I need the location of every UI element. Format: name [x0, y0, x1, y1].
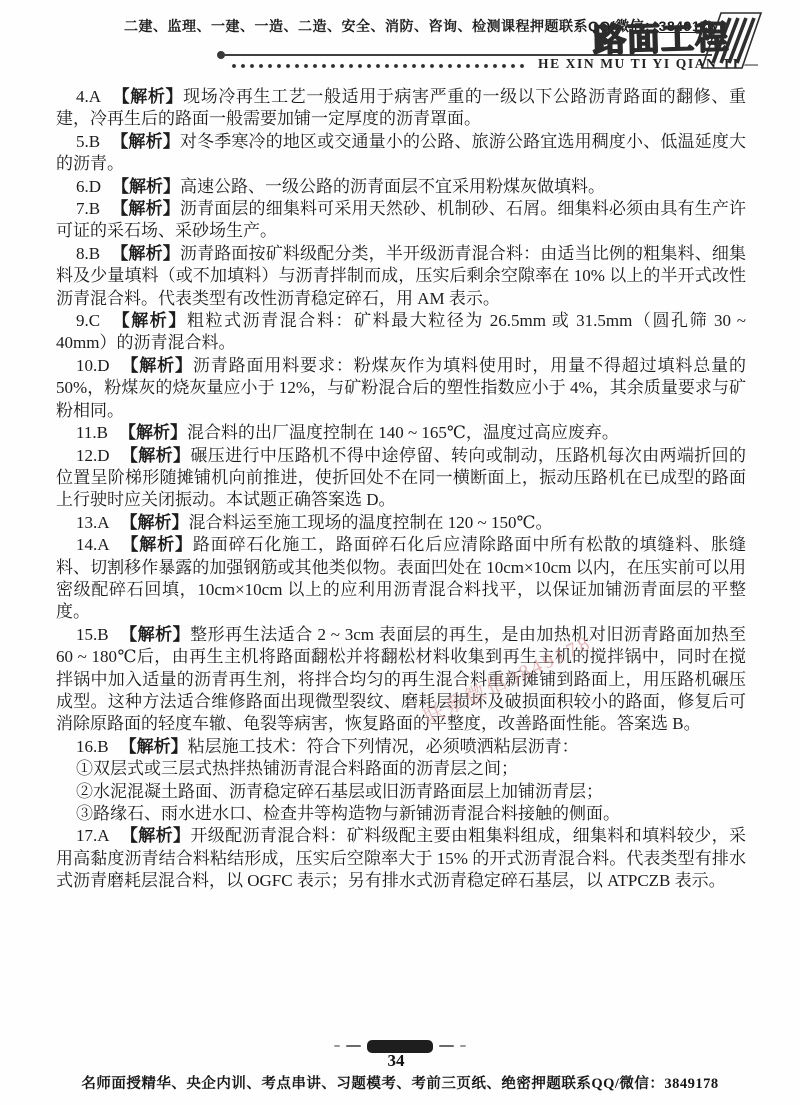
answer-paragraph: 11.B【解析】混合料的出厂温度控制在 140 ~ 165℃，温度过高应废弃。: [56, 422, 746, 444]
answer-text: 粘层施工技术：符合下列情况，必须喷洒粘层沥青：: [188, 737, 579, 756]
answer-paragraph: 14.A【解析】路面碎石化施工，路面碎石化后应清除路面中所有松散的填缝料、胀缝料…: [56, 534, 746, 624]
answer-number: 10.D: [76, 356, 110, 375]
answer-paragraph: 8.B【解析】沥青路面按矿料级配分类，半开级沥青混合料：由适当比例的粗集料、细集…: [56, 243, 746, 310]
answer-tag: 【解析】: [120, 737, 188, 756]
footer-dash-icon: [439, 1045, 454, 1047]
footer-dash-icon: [334, 1045, 340, 1047]
answer-tag: 【解析】: [111, 311, 187, 330]
answer-number: 5.B: [76, 132, 100, 151]
answer-number: 9.C: [76, 311, 100, 330]
answer-text: ③路缘石、雨水进水口、检查井等构造物与新铺沥青混合料接触的侧面。: [76, 804, 620, 823]
answer-tag: 【解析】: [121, 356, 193, 375]
answer-paragraph: 7.B【解析】沥青面层的细集料可采用天然砂、机制砂、石屑。细集料必须由具有生产许…: [56, 198, 746, 243]
answer-number: 12.D: [76, 446, 110, 465]
answer-number: 14.A: [76, 535, 110, 554]
answer-paragraph: 12.D【解析】碾压进行中压路机不得中途停留、转向或制动，压路机每次由两端折回的…: [56, 445, 746, 512]
answer-paragraph: 5.B【解析】对冬季寒冷的地区或交通量小的公路、旅游公路宜选用稠度小、低温延度大…: [56, 131, 746, 176]
answer-text: ①双层式或三层式热拌热铺沥青混合料路面的沥青层之间；: [76, 759, 518, 778]
page-number: 34: [0, 1051, 792, 1071]
answer-tag: 【解析】: [112, 177, 180, 196]
answer-number: 7.B: [76, 199, 100, 218]
answer-paragraph: ②水泥混凝土路面、沥青稳定碎石基层或旧沥青路面层上加铺沥青层；: [56, 781, 746, 803]
answer-tag: 【解析】: [111, 132, 180, 151]
answer-number: 13.A: [76, 513, 110, 532]
answer-tag: 【解析】: [119, 423, 187, 442]
answer-number: 15.B: [76, 625, 109, 644]
answer-text: 高速公路、一级公路的沥青面层不宜采用粉煤灰做填料。: [180, 177, 605, 196]
answer-tag: 【解析】: [121, 446, 191, 465]
answer-paragraph: 9.C【解析】粗粒式沥青混合料：矿料最大粒径为 26.5mm 或 31.5mm（…: [56, 310, 746, 355]
answer-text: 混合料的出厂温度控制在 140 ~ 165℃，温度过高应废弃。: [187, 423, 619, 442]
answer-tag: 【解析】: [121, 535, 193, 554]
answer-text: 混合料运至施工现场的温度控制在 120 ~ 150℃。: [189, 513, 553, 532]
answer-tag: 【解析】: [121, 513, 189, 532]
answer-paragraph: 13.A【解析】混合料运至施工现场的温度控制在 120 ~ 150℃。: [56, 512, 746, 534]
answers-list: 4.A【解析】现场冷再生工艺一般适用于病害严重的一级以下公路沥青路面的翻修、重建…: [56, 86, 746, 893]
answer-paragraph: 16.B【解析】粘层施工技术：符合下列情况，必须喷洒粘层沥青：: [56, 736, 746, 758]
answer-paragraph: 15.B【解析】整形再生法适合 2 ~ 3cm 表面层的再生，是由加热机对旧沥青…: [56, 624, 746, 736]
answer-text: ②水泥混凝土路面、沥青稳定碎石基层或旧沥青路面层上加铺沥青层；: [76, 782, 603, 801]
answer-paragraph: 10.D【解析】沥青路面用料要求：粉煤灰作为填料使用时，用量不得超过填料总量的 …: [56, 355, 746, 422]
answer-tag: 【解析】: [120, 625, 191, 644]
answer-paragraph: ①双层式或三层式热拌热铺沥青混合料路面的沥青层之间；: [56, 758, 746, 780]
answer-tag: 【解析】: [111, 199, 180, 218]
answer-tag: 【解析】: [112, 87, 183, 106]
answer-number: 16.B: [76, 737, 109, 756]
answer-number: 8.B: [76, 244, 100, 263]
header-promo-prefix: 二建、监理、一建、一造、二造、安全、消防、咨询、检测课程押题联系QQ/微信：: [124, 18, 659, 34]
logo-title: 路面工程: [593, 20, 730, 57]
answer-tag: 【解析】: [111, 244, 180, 263]
footer-promo-text: 名师面授精华、央企内训、考点串讲、习题模考、考前三页纸、绝密押题联系QQ/微信：…: [0, 1072, 800, 1093]
answer-paragraph: 17.A【解析】开级配沥青混合料：矿料级配主要由粗集料组成，细集料和填料较少，采…: [56, 825, 746, 892]
scanned-document-page: 二建、监理、一建、一造、二造、安全、消防、咨询、检测课程押题联系QQ/微信：38…: [0, 0, 800, 1105]
answer-paragraph: 4.A【解析】现场冷再生工艺一般适用于病害严重的一级以下公路沥青路面的翻修、重建…: [56, 86, 746, 131]
footer-dash-icon: [460, 1045, 466, 1047]
answer-tag: 【解析】: [121, 826, 191, 845]
answer-number: 17.A: [76, 826, 110, 845]
answer-paragraph: ③路缘石、雨水进水口、检查井等构造物与新铺沥青混合料接触的侧面。: [56, 803, 746, 825]
answer-paragraph: 6.D【解析】高速公路、一级公路的沥青面层不宜采用粉煤灰做填料。: [56, 176, 746, 198]
divider-dotted-line: [231, 63, 529, 69]
answer-number: 6.D: [76, 177, 101, 196]
answer-number: 11.B: [76, 423, 108, 442]
answer-number: 4.A: [76, 87, 101, 106]
footer-dash-icon: [346, 1045, 361, 1047]
